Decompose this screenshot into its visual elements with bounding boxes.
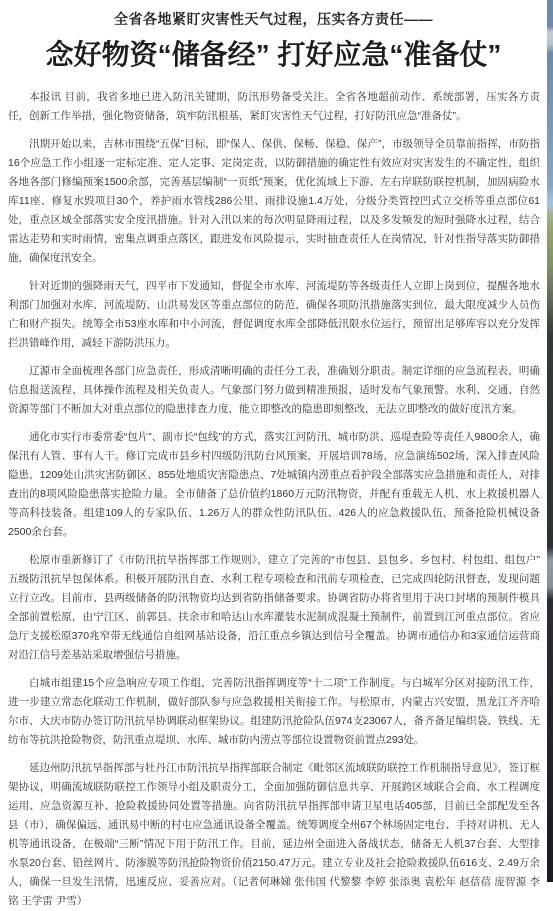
article-paragraph: 延边州防汛抗旱指挥部与牡丹江市防汛抗旱指挥部联合制定《毗邻区流域联防联控工作机制… — [8, 759, 540, 882]
article-paragraph: 本报讯 目前，我省多地已进入防汛关键期，防汛形势备受关注。全省各地超前动作、系统… — [8, 88, 540, 126]
article-paragraph: 汛期开始以来，吉林市围绕“五保”目标，即“保人、保供、保畅、保稳、保产”，市级领… — [8, 135, 540, 268]
article-paragraph: 辽源市全面梳理各部门应急责任，形成清晰明确的责任分工表，准确划分职责。制定详细的… — [8, 362, 540, 419]
article-paragraph: 松原市重新修订了《市防汛抗旱指挥部工作规则》，建立了完善的“市包县、县包乡、乡包… — [8, 551, 540, 665]
article-title: 念好物资“储备经” 打好应急“准备仗” — [18, 36, 529, 74]
article-page: 全省各地紧盯灾害性天气过程，压实各方责任—— 念好物资“储备经” 打好应急“准备… — [0, 0, 547, 882]
article-body: 本报讯 目前，我省多地已进入防汛关键期，防汛形势备受关注。全省各地超前动作、系统… — [0, 74, 547, 882]
article-paragraph: 通化市实行市委常委“包片”、副市长“包线”的方式，落实江河防汛、城市防洪、巡堤查… — [8, 428, 540, 542]
article-paragraph: 针对近期的强降雨天气，四平市下发通知，督促全市水库、河流堤防等各级责任人立即上岗… — [8, 277, 540, 353]
article-kicker: 全省各地紧盯灾害性天气过程，压实各方责任—— — [0, 0, 547, 29]
article-paragraph: 白城市组建15个应急响应专项工作组，完善防汛指挥调度等“十二项”工作制度。与白城… — [8, 674, 540, 750]
desktop-edge-sliver — [547, 0, 553, 882]
